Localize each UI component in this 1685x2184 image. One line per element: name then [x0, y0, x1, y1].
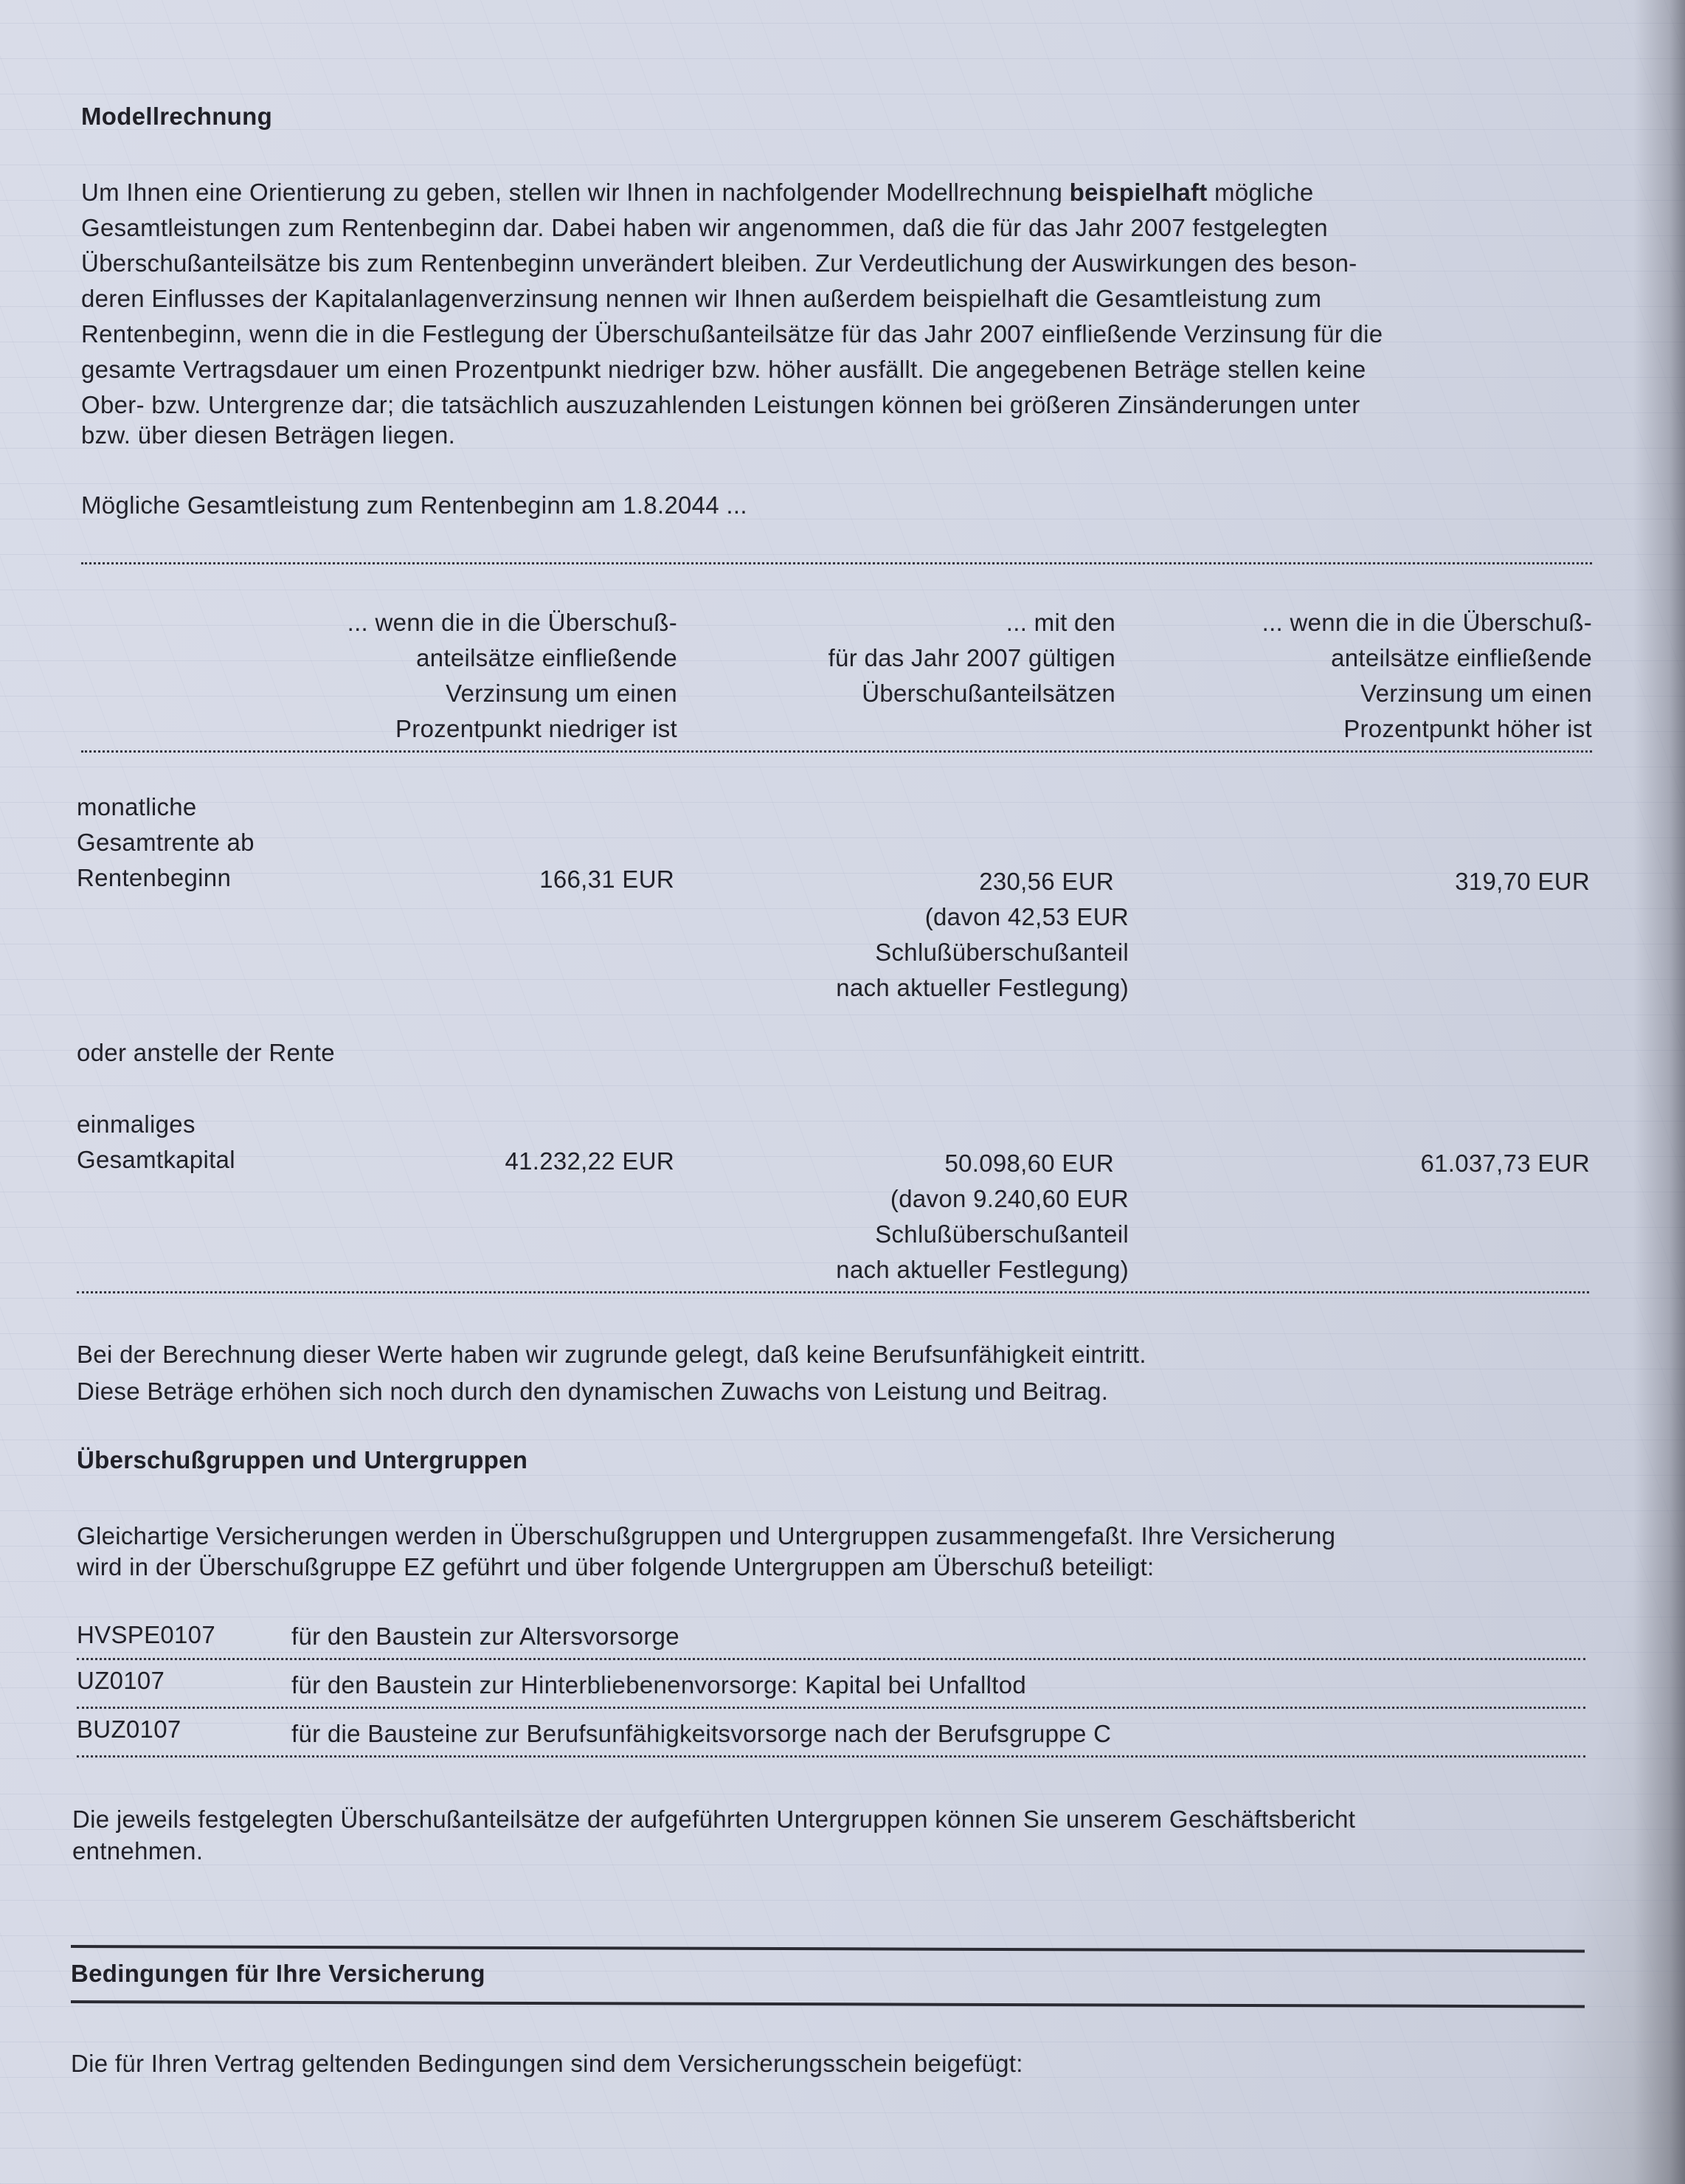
- row-label: Gesamtrente ab: [77, 825, 255, 860]
- row-label: Rentenbeginn: [77, 860, 231, 896]
- table-title: Mögliche Gesamtleistung zum Rentenbeginn…: [81, 488, 747, 523]
- section-rule-top: [71, 1945, 1585, 1952]
- value-note: nach aktueller Festlegung): [664, 1252, 1129, 1288]
- conditions-text: Die für Ihren Vertrag geltenden Bedingun…: [71, 2046, 1023, 2081]
- group-code: UZ0107: [77, 1663, 165, 1699]
- value-note: (davon 9.240,60 EUR: [664, 1181, 1129, 1217]
- intro-line-3: Überschußanteilsätze bis zum Rentenbegin…: [81, 246, 1357, 281]
- column-header-line: ... wenn die in die Überschuß-: [221, 605, 677, 640]
- row-label: Gesamtkapital: [77, 1142, 235, 1178]
- groups-outro-line-2: entnehmen.: [72, 1834, 203, 1869]
- group-code: BUZ0107: [77, 1712, 181, 1747]
- column-header-line: für das Jahr 2007 gültigen: [708, 640, 1115, 676]
- section-heading-groups: Überschußgruppen und Untergruppen: [77, 1442, 527, 1478]
- column-header-line: Prozentpunkt höher ist: [1151, 711, 1592, 747]
- dotted-divider: [77, 1707, 1585, 1709]
- footnote-line-2: Diese Beträge erhöhen sich noch durch de…: [77, 1374, 1108, 1409]
- value-lower: 41.232,22 EUR: [369, 1144, 674, 1179]
- row-label: einmaliges: [77, 1107, 196, 1142]
- group-description: für den Baustein zur Altersvorsorge: [291, 1619, 679, 1654]
- dotted-divider: [81, 562, 1592, 564]
- column-header-line: Prozentpunkt niedriger ist: [221, 711, 677, 747]
- intro-line-4: deren Einflusses der Kapitalanlagenverzi…: [81, 281, 1321, 317]
- column-header-line: Überschußanteilsätzen: [708, 676, 1115, 711]
- column-header-line: anteilsätze einfließende: [221, 640, 677, 676]
- value-note: Schlußüberschußanteil: [664, 1217, 1129, 1252]
- groups-intro-line-1: Gleichartige Versicherungen werden in Üb…: [77, 1518, 1335, 1554]
- dotted-divider: [77, 1658, 1585, 1660]
- group-code: HVSPE0107: [77, 1617, 215, 1653]
- value-higher: 319,70 EUR: [1254, 864, 1590, 899]
- column-header-line: Verzinsung um einen: [221, 676, 677, 711]
- intro-line-1: Um Ihnen eine Orientierung zu geben, ste…: [81, 175, 1314, 210]
- dotted-divider: [77, 1291, 1589, 1293]
- value-lower: 166,31 EUR: [369, 862, 674, 897]
- document-page: Modellrechnung Um Ihnen eine Orientierun…: [0, 0, 1685, 2184]
- column-header-line: anteilsätze einfließende: [1151, 640, 1592, 676]
- value-current: 230,56 EUR: [738, 864, 1114, 899]
- value-higher: 61.037,73 EUR: [1254, 1146, 1590, 1181]
- value-note: Schlußüberschußanteil: [664, 935, 1129, 970]
- intro-line-8: bzw. über diesen Beträgen liegen.: [81, 418, 455, 453]
- intro-line-5: Rentenbeginn, wenn die in die Festlegung…: [81, 317, 1383, 352]
- footnote-line-1: Bei der Berechnung dieser Werte haben wi…: [77, 1337, 1146, 1372]
- column-header-line: ... mit den: [708, 605, 1115, 640]
- value-note: (davon 42,53 EUR: [664, 899, 1129, 935]
- dotted-divider: [81, 750, 1592, 753]
- groups-outro-line-1: Die jeweils festgelegten Überschußanteil…: [72, 1802, 1355, 1837]
- separator-text: oder anstelle der Rente: [77, 1035, 335, 1071]
- value-note: nach aktueller Festlegung): [664, 970, 1129, 1006]
- value-current: 50.098,60 EUR: [738, 1146, 1114, 1181]
- dotted-divider: [77, 1755, 1585, 1758]
- column-header-line: ... wenn die in die Überschuß-: [1151, 605, 1592, 640]
- intro-line-2: Gesamtleistungen zum Rentenbeginn dar. D…: [81, 210, 1328, 246]
- group-description: für den Baustein zur Hinterbliebenenvors…: [291, 1668, 1026, 1703]
- section-rule-bottom: [71, 2000, 1585, 2008]
- intro-line-6: gesamte Vertragsdauer um einen Prozentpu…: [81, 352, 1366, 387]
- group-description: für die Bausteine zur Berufsunfähigkeits…: [291, 1716, 1111, 1752]
- row-label: monatliche: [77, 789, 197, 825]
- section-heading-conditions: Bedingungen für Ihre Versicherung: [71, 1956, 485, 1991]
- groups-intro-line-2: wird in der Überschußgruppe EZ geführt u…: [77, 1549, 1155, 1585]
- column-header-line: Verzinsung um einen: [1151, 676, 1592, 711]
- section-heading-model: Modellrechnung: [81, 99, 272, 134]
